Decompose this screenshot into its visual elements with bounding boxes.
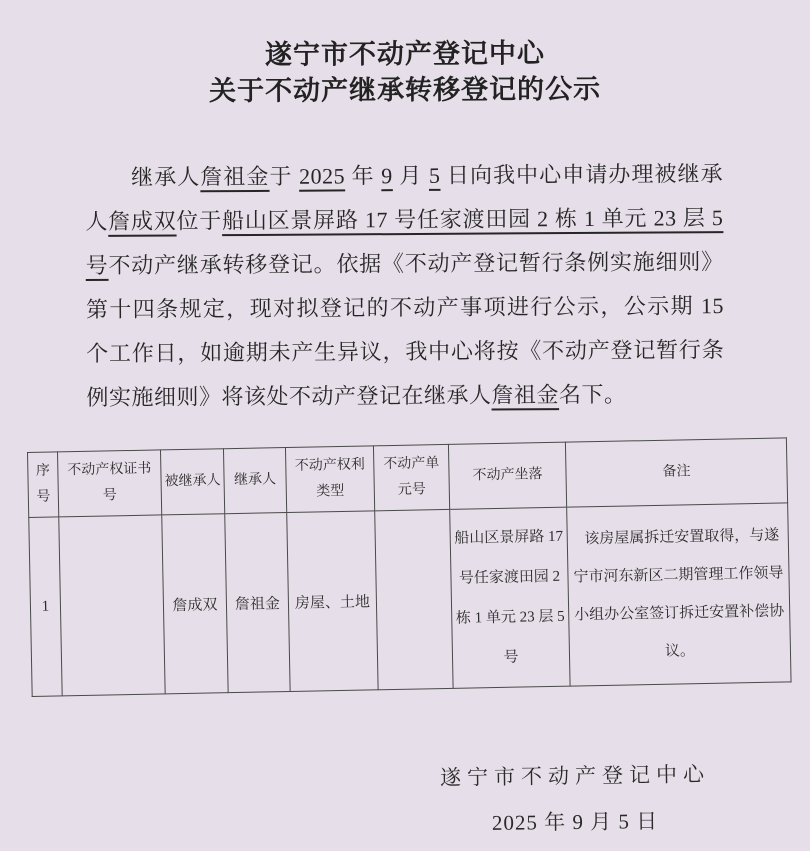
cell-unit-no: [375, 509, 453, 689]
header-cell-right-type: 不动产权利类型: [285, 446, 374, 513]
text-segment: 继承人: [131, 164, 200, 189]
registration-table: 序号 不动产权证书号 被继承人 继承人 不动产权利类型 不动产单元号 不动产坐落…: [27, 437, 792, 697]
table-row: 1 詹成双 詹祖金 房屋、土地 船山区景屏路 17 号任家渡田园 2 栋 1 单…: [29, 503, 791, 697]
cell-seq: 1: [29, 517, 62, 697]
notice-title: 遂宁市不动产登记中心 关于不动产继承转移登记的公示: [0, 34, 810, 110]
signature-organization: 遂宁市不动产登记中心: [425, 758, 725, 792]
underlined-day: 5: [429, 163, 441, 188]
underlined-decedent-name: 詹成双: [108, 208, 176, 233]
text-segment: 位于: [176, 208, 222, 233]
notice-paragraph: 继承人詹祖金于 2025 年 9 月 5 日向我中心申请办理被继承人詹成双位于船…: [85, 152, 725, 420]
cell-decedent: 詹成双: [162, 514, 228, 694]
underlined-month: 9: [381, 163, 393, 188]
underlined-heir-name: 詹祖金: [491, 382, 559, 407]
header-cell-cert-no: 不动产权证书号: [58, 450, 162, 517]
cell-location: 船山区景屏路 17 号任家渡田园 2 栋 1 单元 23 层 5 号: [450, 507, 570, 688]
underlined-year: 2025: [299, 163, 345, 188]
header-cell-location: 不动产坐落: [448, 442, 566, 509]
header-cell-unit-no: 不动产单元号: [373, 444, 449, 510]
scanned-notice-page: 遂宁市不动产登记中心 关于不动产继承转移登记的公示 继承人詹祖金于 2025 年…: [0, 0, 810, 851]
header-cell-decedent: 被继承人: [160, 449, 224, 515]
header-cell-seq: 序号: [28, 452, 59, 518]
header-cell-remark: 备注: [565, 438, 787, 507]
cell-remark: 该房屋属拆迁安置取得，与遂宁市河东新区二期管理工作领导小组办公室签订拆迁安置补偿…: [567, 503, 791, 686]
underlined-heir-name: 詹祖金: [200, 164, 269, 189]
cell-heir: 詹祖金: [225, 513, 290, 693]
title-line-2: 关于不动产继承转移登记的公示: [0, 70, 810, 110]
cell-right-type: 房屋、土地: [287, 511, 378, 692]
text-segment: 不动产继承转移登记。依据《不动产登记暂行条例实施细则》第十四条规定，现对拟登记的…: [86, 249, 724, 410]
title-line-1: 遂宁市不动产登记中心: [0, 34, 810, 74]
text-segment: 名下。: [559, 382, 627, 407]
signature-date: 2025 年 9 月 5 日: [425, 804, 725, 837]
text-segment: 月: [393, 163, 429, 188]
text-segment: 年: [345, 163, 381, 188]
header-cell-heir: 继承人: [223, 448, 286, 514]
text-segment: 于: [269, 164, 299, 189]
cell-cert-no: [59, 515, 165, 696]
